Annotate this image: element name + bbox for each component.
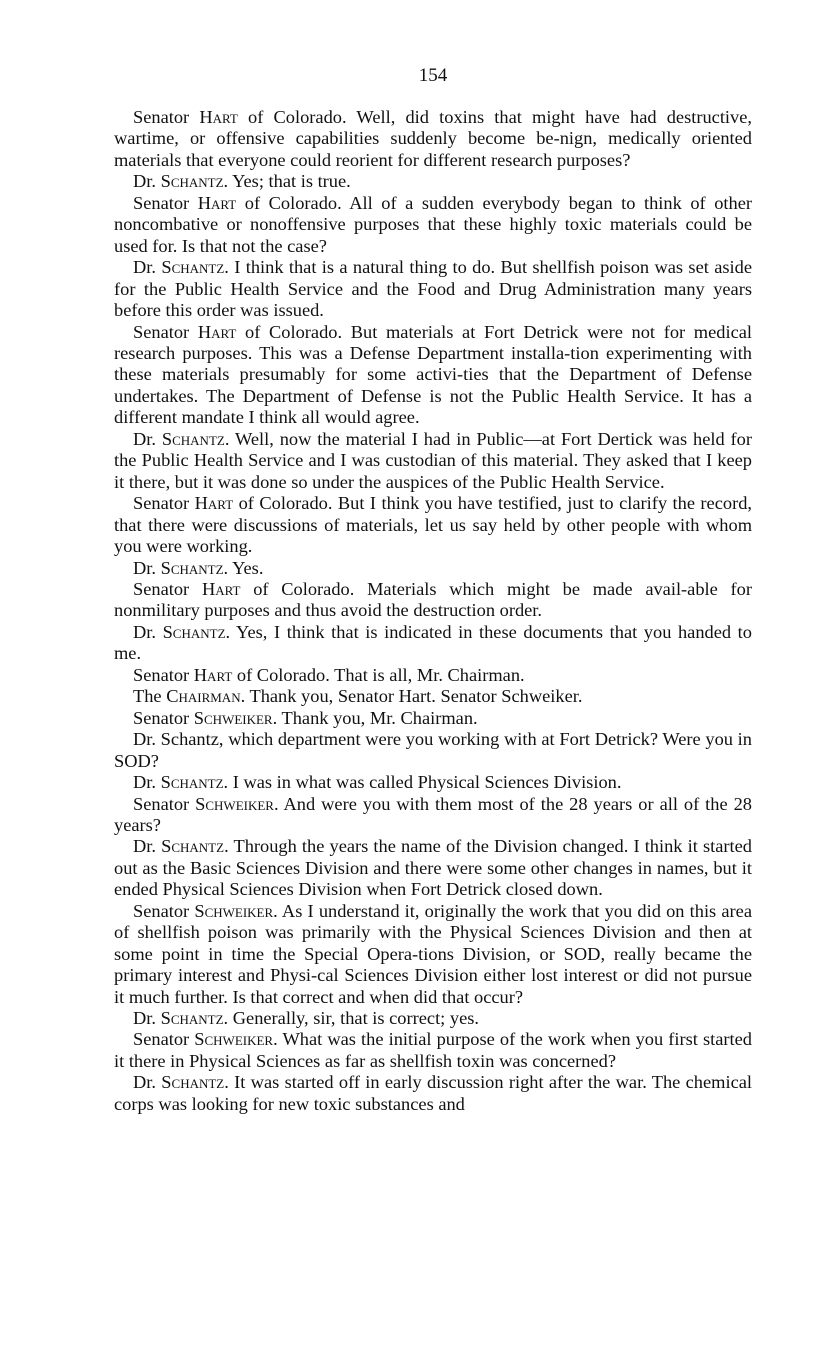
transcript-body: Senator Hart of Colorado. Well, did toxi… [114,107,752,1115]
speaker-title: Senator [133,665,194,685]
speaker-name: Schantz [161,257,224,277]
speaker-suffix: of Colorado. [236,193,341,213]
statement-text: Yes. [228,558,263,578]
statement-text: Dr. Schantz, which department were you w… [114,729,752,770]
transcript-paragraph: Dr. Schantz. Generally, sir, that is cor… [114,1008,752,1029]
speaker-suffix: of Colorado. [240,579,354,599]
transcript-paragraph: Dr. Schantz. I was in what was called Ph… [114,772,752,793]
speaker-name: Hart [194,665,233,685]
speaker-name: Schantz [161,836,224,856]
transcript-paragraph: Dr. Schantz. Through the years the name … [114,836,752,900]
speaker-title: Dr. [133,772,161,792]
speaker-name: Schweiker [194,1029,273,1049]
speaker-title: Dr. [133,558,161,578]
speaker-title: Dr. [133,429,162,449]
transcript-paragraph: Dr. Schantz. Yes; that is true. [114,171,752,192]
speaker-title: Dr. [133,622,163,642]
transcript-paragraph: Senator Hart of Colorado. All of a sudde… [114,193,752,257]
speaker-title: Senator [133,322,198,342]
statement-text: I was in what was called Physical Scienc… [228,772,621,792]
transcript-paragraph: The Chairman. Thank you, Senator Hart. S… [114,686,752,707]
transcript-paragraph: Senator Hart of Colorado. Materials whic… [114,579,752,622]
transcript-paragraph: Senator Hart of Colorado. Well, did toxi… [114,107,752,171]
statement-text: Thank you, Senator Hart. Senator Schweik… [245,686,582,706]
speaker-suffix: of Colorado. [232,665,330,685]
transcript-paragraph: Senator Schweiker. As I understand it, o… [114,901,752,1008]
statement-text: Yes; that is true. [228,171,351,191]
speaker-title: Dr. [133,1008,161,1028]
transcript-paragraph: Senator Hart of Colorado. That is all, M… [114,665,752,686]
speaker-title: Senator [133,107,199,127]
transcript-paragraph: Dr. Schantz. Well, now the material I ha… [114,429,752,493]
speaker-name: Schantz [161,1072,224,1092]
speaker-title: Dr. [133,171,161,191]
page-number: 154 [114,62,752,98]
speaker-title: The [133,686,166,706]
speaker-suffix: of Colorado. [238,107,347,127]
transcript-paragraph: Senator Hart of Colorado. But materials … [114,322,752,429]
speaker-name: Schantz [162,429,225,449]
speaker-title: Dr. [133,257,161,277]
transcript-paragraph: Senator Schweiker. Thank you, Mr. Chairm… [114,708,752,729]
statement-text: Generally, sir, that is correct; yes. [228,1008,479,1028]
statement-text: Thank you, Mr. Chairman. [277,708,477,728]
speaker-suffix: of Colorado. [236,322,342,342]
speaker-title: Senator [133,794,195,814]
speaker-title: Senator [133,708,194,728]
speaker-name: Hart [199,107,238,127]
speaker-name: Hart [198,322,237,342]
speaker-name: Hart [195,493,234,513]
speaker-name: Schantz [161,1008,224,1028]
speaker-name: Schantz [161,772,224,792]
transcript-paragraph: Dr. Schantz. I think that is a natural t… [114,257,752,321]
speaker-name: Schantz [161,558,224,578]
transcript-paragraph: Senator Hart of Colorado. But I think yo… [114,493,752,557]
speaker-name: Chairman [166,686,240,706]
speaker-name: Hart [198,193,237,213]
speaker-title: Senator [133,193,198,213]
speaker-title: Senator [133,493,195,513]
transcript-paragraph: Dr. Schantz. Yes, I think that is indica… [114,622,752,665]
speaker-name: Schweiker [194,708,273,728]
speaker-title: Senator [133,901,194,921]
speaker-title: Dr. [133,1072,161,1092]
transcript-paragraph: Senator Schweiker. What was the initial … [114,1029,752,1072]
statement-text: That is all, Mr. Chairman. [330,665,525,685]
speaker-name: Schweiker [195,794,274,814]
speaker-title: Senator [133,1029,194,1049]
speaker-name: Schantz [161,171,224,191]
speaker-name: Schweiker [194,901,273,921]
speaker-suffix: of Colorado. [233,493,332,513]
transcript-paragraph: Dr. Schantz. Yes. [114,558,752,579]
transcript-paragraph: Dr. Schantz, which department were you w… [114,729,752,772]
speaker-name: Schantz [163,622,226,642]
transcript-paragraph: Senator Schweiker. And were you with the… [114,794,752,837]
document-page: 154 Senator Hart of Colorado. Well, did … [114,62,752,1115]
speaker-title: Senator [133,579,202,599]
speaker-title: Dr. [133,836,161,856]
transcript-paragraph: Dr. Schantz. It was started off in early… [114,1072,752,1115]
speaker-name: Hart [202,579,241,599]
